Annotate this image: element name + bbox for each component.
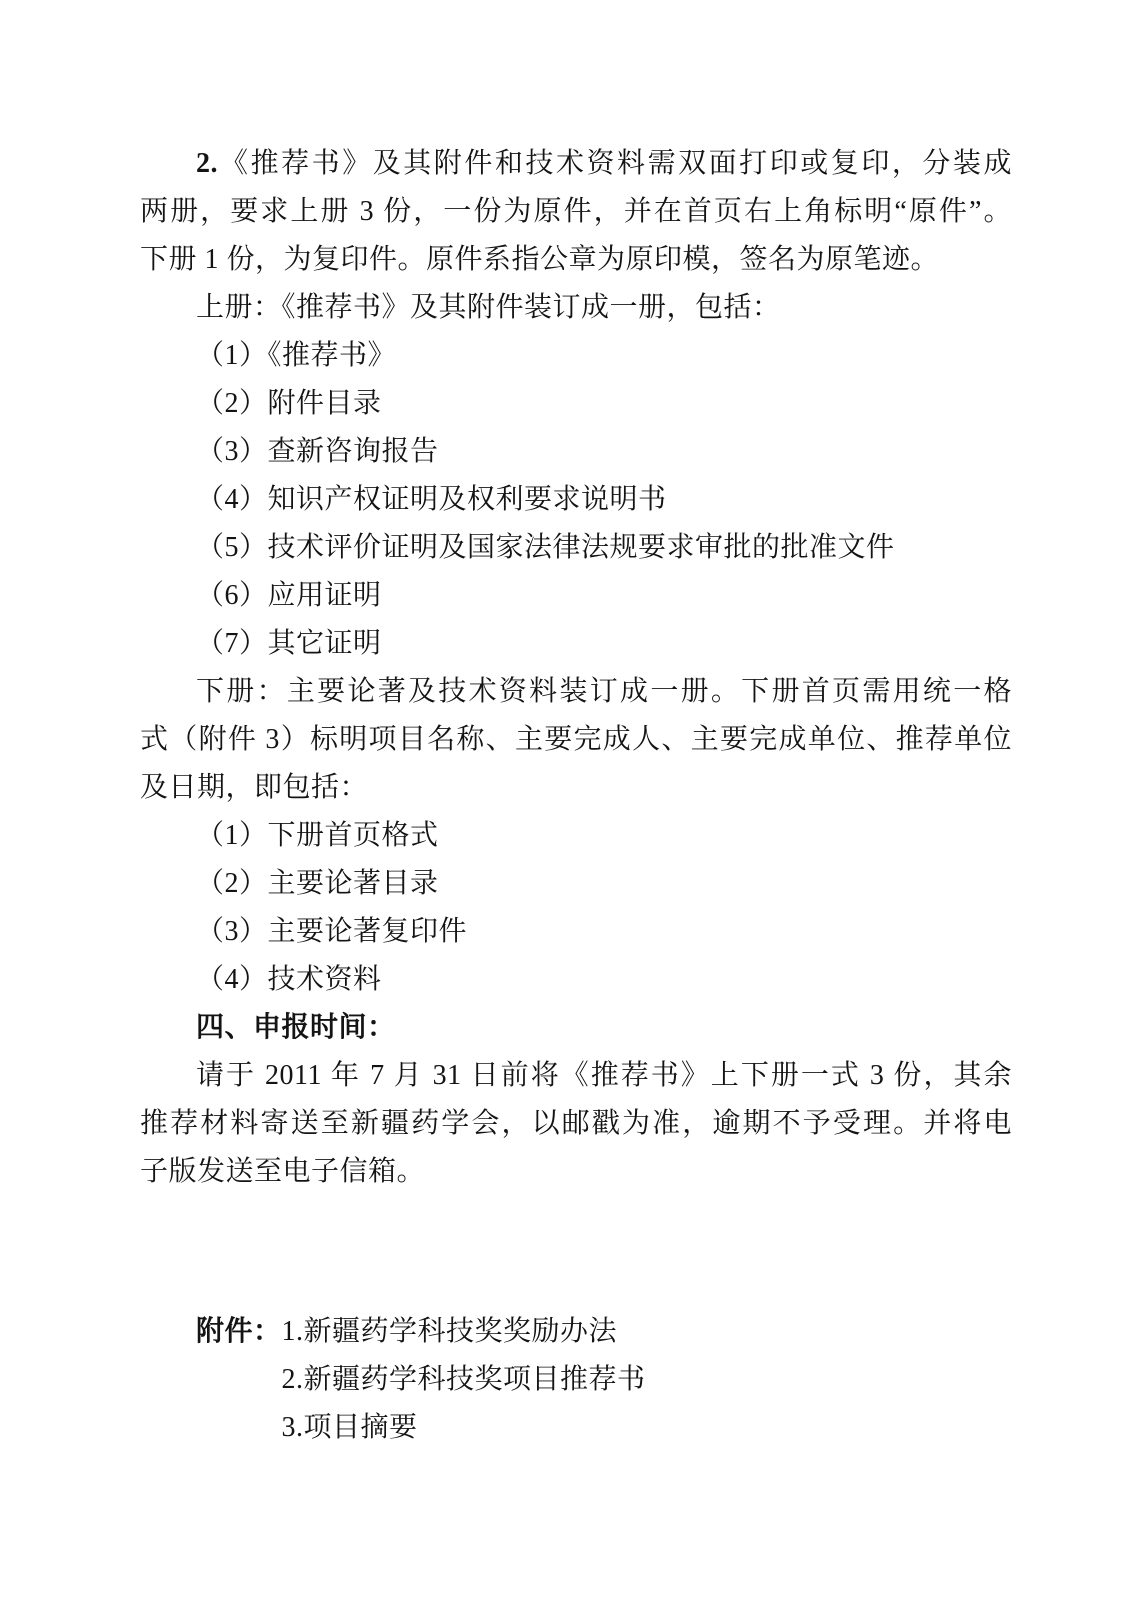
para-deadline-line-2: 推荐材料寄送至新疆药学会，以邮戳为准，逾期不予受理。并将电 [140,1100,1012,1148]
attachments-label: 附件： [196,1308,282,1356]
document-page: 2.《推荐书》及其附件和技术资料需双面打印或复印，分装成 两册，要求上册 3 份… [140,140,1012,1452]
para-lower-line-1: 下册：主要论著及技术资料装订成一册。下册首页需用统一格 [140,668,1012,716]
list-number: 2. [196,148,218,179]
lower-item-3: （3）主要论著复印件 [140,908,1012,956]
para-print-line-1: 2.《推荐书》及其附件和技术资料需双面打印或复印，分装成 [140,140,1012,188]
para-deadline-line-3: 子版发送至电子信箱。 [140,1148,1012,1196]
lower-item-1: （1）下册首页格式 [140,812,1012,860]
section-heading-application-time: 四、申报时间： [140,1004,1012,1052]
upper-item-2: （2）附件目录 [140,380,1012,428]
upper-item-7: （7）其它证明 [140,620,1012,668]
para-print-line-2: 两册，要求上册 3 份，一份为原件，并在首页右上角标明“原件”。 [140,188,1012,236]
lower-item-4: （4）技术资料 [140,956,1012,1004]
para-print-line-3: 下册 1 份，为复印件。原件系指公章为原印模，签名为原笔迹。 [140,236,1012,284]
attachments-block: 附件： 1.新疆药学科技奖奖励办法 2.新疆药学科技奖项目推荐书 3.项目摘要 [140,1308,1012,1452]
attachment-item-2: 2.新疆药学科技奖项目推荐书 [282,1356,646,1404]
para-deadline-line-1: 请于 2011 年 7 月 31 日前将《推荐书》上下册一式 3 份，其余 [140,1052,1012,1100]
upper-item-4: （4）知识产权证明及权利要求说明书 [140,476,1012,524]
attachments-list: 1.新疆药学科技奖奖励办法 2.新疆药学科技奖项目推荐书 3.项目摘要 [282,1308,646,1452]
upper-item-6: （6）应用证明 [140,572,1012,620]
para-lower-line-3: 及日期，即包括： [140,764,1012,812]
attachment-item-3: 3.项目摘要 [282,1404,646,1452]
lower-item-2: （2）主要论著目录 [140,860,1012,908]
upper-item-5: （5）技术评价证明及国家法律法规要求审批的批准文件 [140,524,1012,572]
upper-item-3: （3）查新咨询报告 [140,428,1012,476]
para-print-text-1: 《推荐书》及其附件和技术资料需双面打印或复印，分装成 [218,148,1012,179]
para-lower-line-2: 式（附件 3）标明项目名称、主要完成人、主要完成单位、推荐单位 [140,716,1012,764]
upper-item-1: （1）《推荐书》 [140,332,1012,380]
para-upper-intro: 上册：《推荐书》及其附件装订成一册，包括： [140,284,1012,332]
attachment-item-1: 1.新疆药学科技奖奖励办法 [282,1308,646,1356]
